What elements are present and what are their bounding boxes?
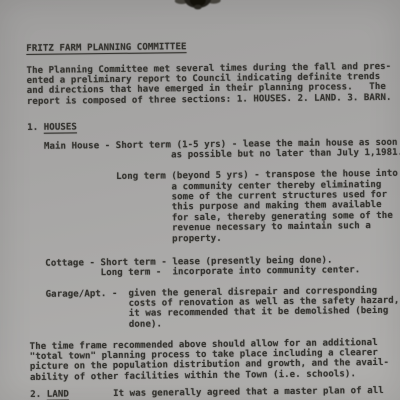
timeframe-paragraph: The time frame recommended above should … (30, 337, 390, 383)
scanned-document-page: FRITZ FARM PLANNING COMMITTEE The Planni… (0, 0, 400, 400)
section-1-title: HOUSES (44, 122, 77, 132)
main-house-item: Main House - Short term (1-5 yrs) - leas… (27, 138, 400, 246)
cottage-item: Cottage - Short term - lease (presently … (29, 255, 361, 280)
section-2-text: It was generally agreed that a master pl… (69, 386, 384, 400)
section-2-heading: 2. LAND It was generally agreed that a m… (30, 386, 384, 400)
garage-apt-item: Garage/Apt. - given the general disrepai… (29, 285, 400, 331)
document-title: FRITZ FARM PLANNING COMMITTEE (26, 42, 186, 54)
section-1-heading: 1. HOUSES (27, 122, 77, 133)
section-2-number: 2. (30, 390, 47, 400)
intro-paragraph: The Planning Committee met several times… (26, 61, 391, 107)
section-2-title: LAND (47, 390, 69, 400)
section-1-number: 1. (27, 122, 44, 132)
letterhead-seal-icon (172, 0, 224, 10)
document-title-line: FRITZ FARM PLANNING COMMITTEE (26, 42, 186, 54)
document-content: FRITZ FARM PLANNING COMMITTEE The Planni… (0, 0, 400, 400)
